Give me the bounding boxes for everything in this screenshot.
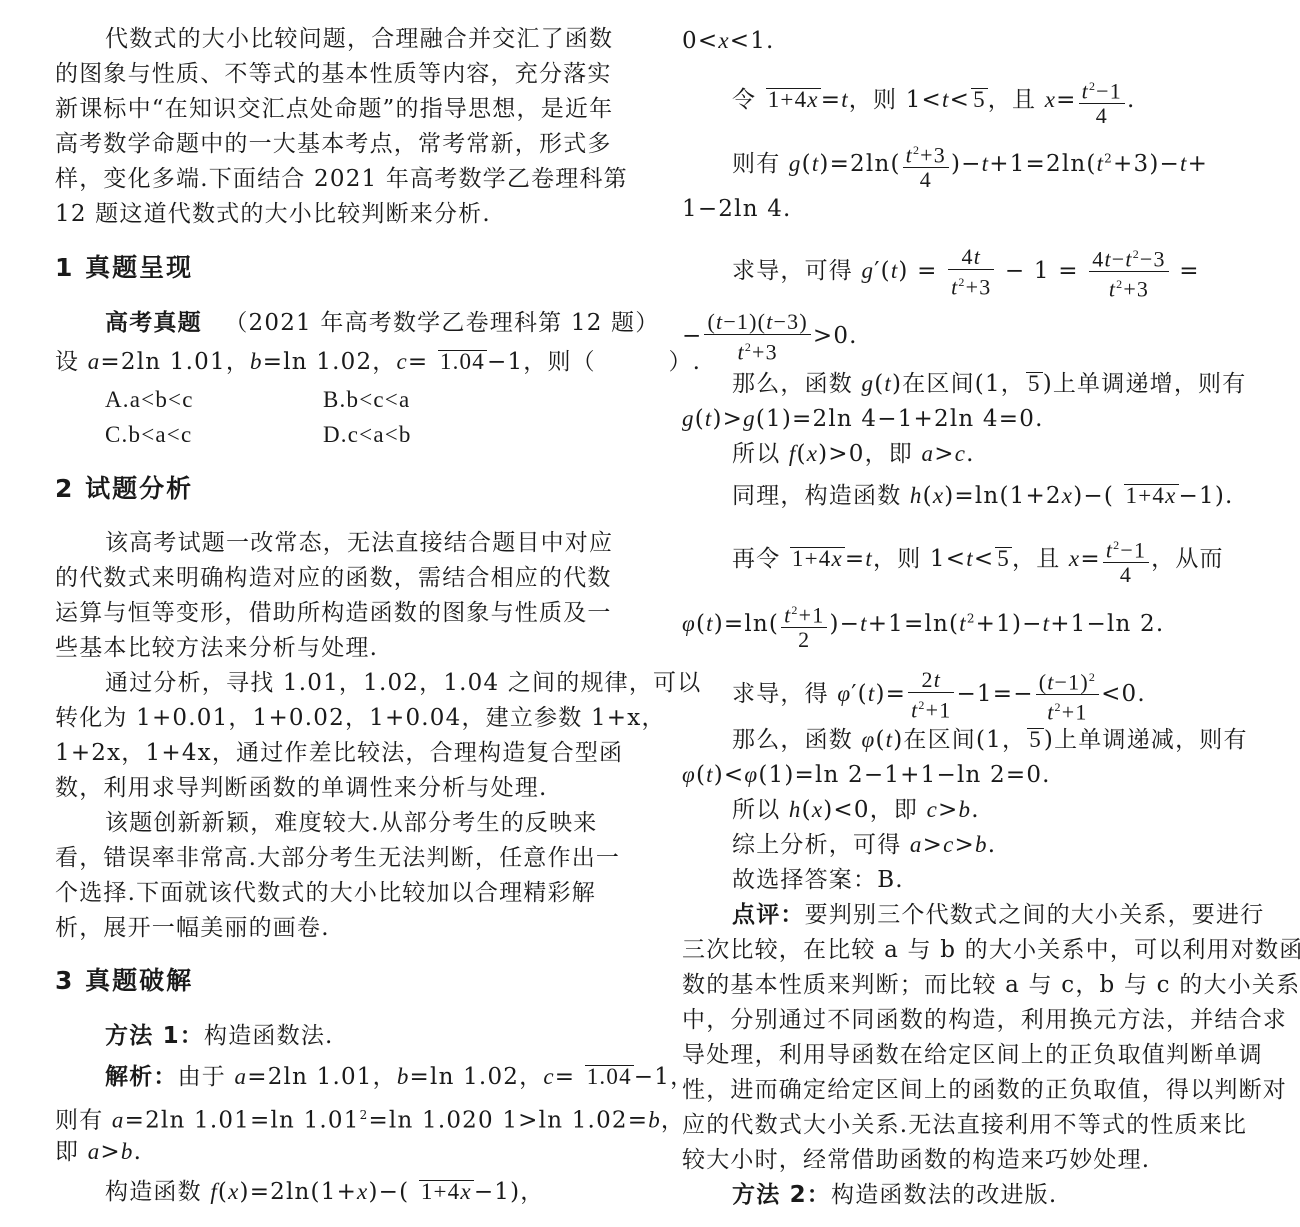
option-d: D.c<a<b <box>323 420 412 450</box>
comment-line: 数的基本性质来判断；而比较 a 与 c，b 与 c 的大小关系 <box>682 970 1300 1000</box>
comment-line: 三次比较，在比较 a 与 b 的大小关系中，可以利用对数函 <box>682 935 1300 965</box>
option-a: A.a<b<c <box>105 385 194 415</box>
method-1-label: 方法 1： <box>105 1023 204 1049</box>
comment-line: 应的代数式大小关系.无法直接利用不等式的性质来比 <box>682 1110 1247 1140</box>
analysis-line: 数，利用求导判断函数的单调性来分析与处理. <box>55 773 548 803</box>
phi-definition-line: φ(t)=ln(t2+12)−t+1=ln(t2+1)−t+1−ln 2. <box>682 598 1164 652</box>
solution-label: 解析： <box>105 1064 178 1090</box>
answer-line: 故选择答案：B. <box>732 865 904 895</box>
substitution-line-1: 令 1+4x=t，则 1<t<5，且 x=t2−14. <box>732 74 1135 128</box>
exam-label: 高考真题 <box>105 310 202 336</box>
analysis-line: 转化为 1+0.01，1+0.02，1+0.04，建立参数 1+x， <box>55 703 666 733</box>
intro-line: 高考数学命题中的一大基本考点，常考常新，形式多 <box>55 129 612 159</box>
analysis-line: 的代数式来明确构造对应的函数，需结合相应的代数 <box>55 563 612 593</box>
summary-line: 综上分析，可得 a>c>b. <box>732 830 996 860</box>
solution-line-2: 则有 a=2ln 1.01=ln 1.012=ln 1.020 1>ln 1.0… <box>55 1100 685 1136</box>
c-greater-b-line: 所以 h(x)<0，即 c>b. <box>732 795 980 825</box>
g-derivative-cont: −(t−1)(t−3)t2+3>0. <box>682 310 858 364</box>
solution-line-1: 解析：由于 a=2ln 1.01，b=ln 1.02，c= 1.04−1， <box>105 1062 694 1092</box>
intro-line: 12 题这道代数式的大小比较判断来分析. <box>55 199 491 229</box>
phi-derivative-line: 求导，得 φ′(t)=2tt2+1−1=−(t−1)2t2+1<0. <box>732 665 1146 725</box>
decreasing-line: 那么，函数 φ(t)在区间(1，5)上单调递减，则有 <box>732 725 1248 755</box>
analysis-line: 1+2x，1+4x，通过作差比较法，合理构造复合型函 <box>55 738 623 768</box>
analysis-line: 看，错误率非常高.大部分考生无法判断，任意作出一 <box>55 843 620 873</box>
intro-line: 新课标中“在知识交汇点处命题”的指导思想，是近年 <box>55 94 613 124</box>
method-1-text: 构造函数法. <box>204 1023 334 1049</box>
g-derivative-line: 求导，可得 g′(t) = 4tt2+3 − 1 = 4t−t2−3t2+3 = <box>732 242 1200 302</box>
domain-line: 0<x<1. <box>682 26 775 56</box>
option-b: B.b<c<a <box>323 385 410 415</box>
section-3-heading: 3 真题破解 <box>55 966 193 996</box>
analysis-line: 该高考试题一改常态，无法直接结合题目中对应 <box>105 528 613 558</box>
analysis-line: 些基本比较方法来分析与处理. <box>55 633 378 663</box>
method-2-text: 构造函数法的改进版. <box>831 1182 1057 1208</box>
substitution-line-2: 再令 1+4x=t，则 1<t<5，且 x=t2−14，从而 <box>732 533 1224 587</box>
intro-line: 的图象与性质、不等式的基本性质等内容，充分落实 <box>55 59 612 89</box>
method-1-line: 方法 1：构造函数法. <box>105 1021 334 1051</box>
a-greater-c-line: 所以 f(x)>0，即 a>c. <box>732 439 975 469</box>
comment-label: 点评： <box>732 902 805 928</box>
comment-line: 性，进而确定给定区间上的函数的正负取值，得以判断对 <box>682 1075 1287 1105</box>
increasing-line: 那么，函数 g(t)在区间(1，5)上单调递增，则有 <box>732 369 1246 399</box>
section-2-heading: 2 试题分析 <box>55 474 193 504</box>
comment-line: 中，分别通过不同函数的构造，利用换元方法，并结合求 <box>682 1005 1287 1035</box>
method-2-label: 方法 2： <box>732 1182 831 1208</box>
solution-line-3: 即 a>b. <box>55 1137 142 1167</box>
g-definition-line: 则有 g(t)=2ln(t2+34)−t+1=2ln(t2+3)−t+ <box>732 138 1208 192</box>
h-definition-line: 同理，构造函数 h(x)=ln(1+2x)−( 1+4x−1). <box>732 481 1234 511</box>
analysis-line: 该题创新新颖，难度较大.从部分考生的反映来 <box>105 808 598 838</box>
exam-source: （2021 年高考数学乙卷理科第 12 题） <box>224 310 659 336</box>
comment-line: 导处理，利用导函数在给定区间上的正负取值判断单调 <box>682 1040 1263 1070</box>
comment-line: 较大小时，经常借助函数的构造来巧妙处理. <box>682 1145 1150 1175</box>
option-c: C.b<a<c <box>105 420 192 450</box>
comment-line: 点评：要判别三个代数式之间的大小关系，要进行 <box>732 900 1264 930</box>
g-definition-cont: 1−2ln 4. <box>682 194 792 224</box>
problem-statement: 设 a=2ln 1.01，b=ln 1.02，c= 1.04−1，则（ ）. <box>55 347 701 377</box>
analysis-line: 析，展开一幅美丽的画卷. <box>55 913 330 943</box>
exam-header: 高考真题 （2021 年高考数学乙卷理科第 12 题） <box>105 308 659 338</box>
section-1-heading: 1 真题呈现 <box>55 253 193 283</box>
analysis-line: 运算与恒等变形，借助所构造函数的图象与性质及一 <box>55 598 612 628</box>
intro-line: 代数式的大小比较问题，合理融合并交汇了函数 <box>105 24 613 54</box>
analysis-line: 通过分析，寻找 1.01，1.02，1.04 之间的规律，可以 <box>105 668 701 698</box>
decreasing-cont: φ(t)<φ(1)=ln 2−1+1−ln 2=0. <box>682 760 1051 790</box>
intro-line: 样，变化多端.下面结合 2021 年高考数学乙卷理科第 <box>55 164 628 194</box>
analysis-line: 个选择.下面就该代数式的大小比较加以合理精彩解 <box>55 878 596 908</box>
construct-f-line: 构造函数 f(x)=2ln(1+x)−( 1+4x−1)， <box>105 1177 545 1207</box>
method-2-line: 方法 2：构造函数法的改进版. <box>732 1180 1057 1210</box>
increasing-cont: g(t)>g(1)=2ln 4−1+2ln 4=0. <box>682 404 1044 434</box>
